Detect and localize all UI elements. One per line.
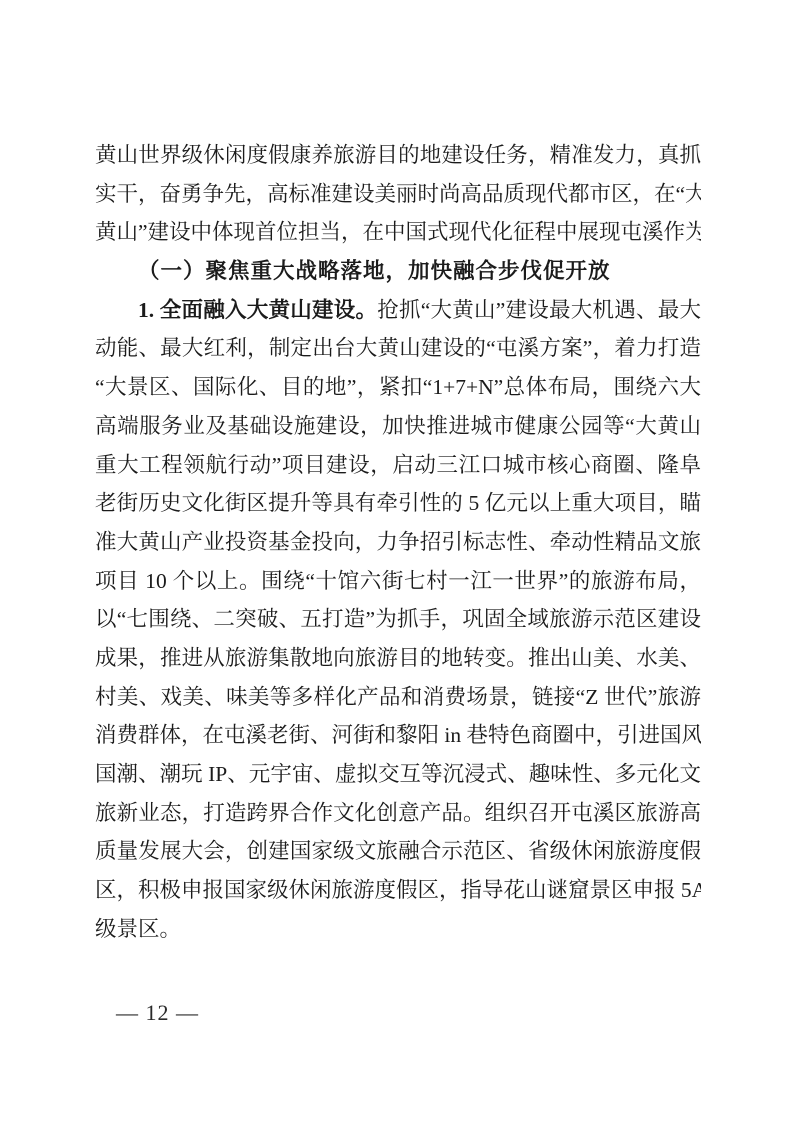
document-body: 黄山世界级休闲度假康养旅游目的地建设任务，精准发力，真抓实干，奋勇争先，高标准建… xyxy=(95,136,701,948)
document-page: 黄山世界级休闲度假康养旅游目的地建设任务，精准发力，真抓实干，奋勇争先，高标准建… xyxy=(0,0,794,1122)
text-line: 重大工程领航行动”项目建设，启动三江口城市核心商圈、隆阜 xyxy=(95,446,701,485)
numbered-clause-lead: 1. 全面融入大黄山建设。 xyxy=(138,298,377,322)
text-line: 高端服务业及基础设施建设，加快推进城市健康公园等“大黄山 xyxy=(95,407,701,446)
text-line: 准大黄山产业投资基金投向，力争招引标志性、牵动性精品文旅 xyxy=(95,523,701,562)
text-run: 抢抓“大黄山”建设最大机遇、最大 xyxy=(377,298,701,322)
text-line: 国潮、潮玩 IP、元宇宙、虚拟交互等沉浸式、趣味性、多元化文 xyxy=(95,755,701,794)
text-line: 以“七围绕、二突破、五打造”为抓手，巩固全域旅游示范区建设 xyxy=(95,600,701,639)
text-line: 旅新业态，打造跨界合作文化创意产品。组织召开屯溪区旅游高 xyxy=(95,794,701,833)
section-heading: （一）聚焦重大战略落地，加快融合步伐促开放 xyxy=(95,252,701,291)
text-line: 项目 10 个以上。围绕“十馆六街七村一江一世界”的旅游布局， xyxy=(95,562,701,601)
text-line: “大景区、国际化、目的地”，紧扣“1+7+N”总体布局，围绕六大 xyxy=(95,368,701,407)
text-line: 成果，推进从旅游集散地向旅游目的地转变。推出山美、水美、 xyxy=(95,639,701,678)
text-line: 质量发展大会，创建国家级文旅融合示范区、省级休闲旅游度假 xyxy=(95,832,701,871)
text-line: 区，积极申报国家级休闲旅游度假区，指导花山谜窟景区申报 5A xyxy=(95,871,701,910)
text-line: 动能、最大红利，制定出台大黄山建设的“屯溪方案”，着力打造 xyxy=(95,329,701,368)
page-number: — 12 — xyxy=(116,998,199,1028)
text-line: 老街历史文化街区提升等具有牵引性的 5 亿元以上重大项目，瞄 xyxy=(95,484,701,523)
text-line: 消费群体，在屯溪老街、河街和黎阳 in 巷特色商圈中，引进国风 xyxy=(95,716,701,755)
text-line: 黄山”建设中体现首位担当，在中国式现代化征程中展现屯溪作为。 xyxy=(95,213,701,252)
text-line: 级景区。 xyxy=(95,910,701,949)
text-line: 实干，奋勇争先，高标准建设美丽时尚高品质现代都市区，在“大 xyxy=(95,175,701,214)
text-line: 黄山世界级休闲度假康养旅游目的地建设任务，精准发力，真抓 xyxy=(95,136,701,175)
text-line: 1. 全面融入大黄山建设。抢抓“大黄山”建设最大机遇、最大 xyxy=(95,291,701,330)
text-line: 村美、戏美、味美等多样化产品和消费场景，链接“Z 世代”旅游 xyxy=(95,678,701,717)
